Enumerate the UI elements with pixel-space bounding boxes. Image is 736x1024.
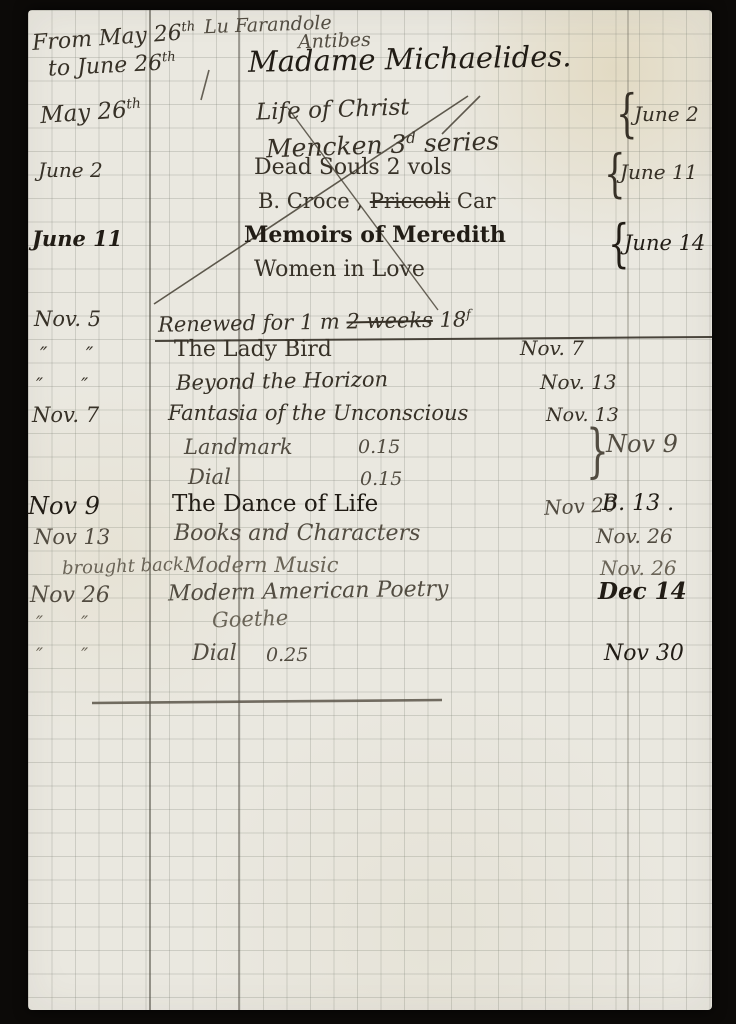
entry-date: June 2 bbox=[38, 160, 103, 181]
entry-title: Women in Love bbox=[254, 258, 425, 281]
entry-title: Modern American Poetry bbox=[168, 578, 449, 606]
strike-through-text: Priccoli bbox=[370, 189, 450, 213]
entry-title: Landmark bbox=[184, 436, 293, 458]
entry-due-date: Nov. 7 bbox=[520, 338, 584, 359]
entry-title: The Lady Bird bbox=[174, 338, 332, 361]
entry-title: Goethe bbox=[212, 607, 289, 632]
entry-date: Nov. 5 bbox=[34, 308, 101, 330]
entry-due-date: June 11 bbox=[620, 162, 697, 183]
renewal-note: Renewed for 1 m 2 weeks 18f bbox=[158, 307, 471, 336]
entry-date: Nov 13 bbox=[34, 526, 110, 548]
ditto-marks: ″ ″ bbox=[36, 614, 90, 634]
photo-background: From May 26th to June 26th Lu Farandole … bbox=[0, 0, 736, 1024]
entry-title: Beyond the Horizon bbox=[176, 368, 388, 394]
entry-due-date: June 2 bbox=[634, 104, 699, 125]
entry-title: Dead Souls 2 vols bbox=[254, 156, 452, 179]
loan-period-to: to June 26th bbox=[47, 51, 176, 81]
entry-title: Memoirs of Meredith bbox=[244, 224, 506, 247]
left-margin-rule bbox=[149, 10, 151, 1010]
entry-date: brought back bbox=[62, 556, 184, 579]
price: 0.15 bbox=[358, 438, 400, 458]
entry-date: June 11 bbox=[32, 228, 122, 250]
entry-title: Books and Characters bbox=[174, 522, 420, 545]
entry-due-date: Nov. 26 bbox=[596, 526, 673, 547]
entry-date: May 26th bbox=[39, 96, 142, 128]
entry-date: Nov. 7 bbox=[32, 404, 99, 426]
entry-date: Nov 9 bbox=[28, 494, 100, 519]
entry-due-date: Nov. 13 bbox=[540, 372, 617, 393]
entry-title: Dial bbox=[188, 466, 231, 488]
entry-title: Life of Christ bbox=[256, 95, 410, 124]
entry-due-date: Nov 9 bbox=[606, 432, 678, 457]
entry-title: Fantasia of the Unconscious bbox=[168, 402, 468, 424]
entry-title: The Dance of Life bbox=[172, 492, 378, 516]
entry-date: Nov 26 bbox=[30, 584, 110, 607]
price: 0.15 bbox=[360, 470, 402, 490]
ditto-marks: ″ ″ bbox=[36, 376, 90, 396]
entry-title: Dial bbox=[192, 642, 237, 665]
entry-due-note: B. 13 . bbox=[602, 492, 674, 515]
strike-through-text: 2 weeks bbox=[346, 308, 433, 334]
ditto-marks: ″ ″ bbox=[40, 344, 95, 365]
entry-due-date: Nov. 26 bbox=[600, 558, 677, 579]
bottom-pencil-line bbox=[92, 700, 442, 703]
ditto-marks: ″ ″ bbox=[36, 646, 90, 666]
tick-stroke bbox=[201, 70, 209, 100]
entry-due-date: Dec 14 bbox=[598, 580, 687, 604]
entry-title: Modern Music bbox=[184, 554, 339, 576]
entry-due-date: June 14 bbox=[624, 232, 705, 254]
entry-due-date: Nov 30 bbox=[604, 642, 684, 665]
entry-title: B. Croce , Priccoli Car bbox=[258, 190, 496, 212]
price: 0.25 bbox=[266, 646, 308, 666]
lending-card: From May 26th to June 26th Lu Farandole … bbox=[28, 10, 712, 1010]
member-name: Madame Michaelides. bbox=[248, 41, 572, 77]
